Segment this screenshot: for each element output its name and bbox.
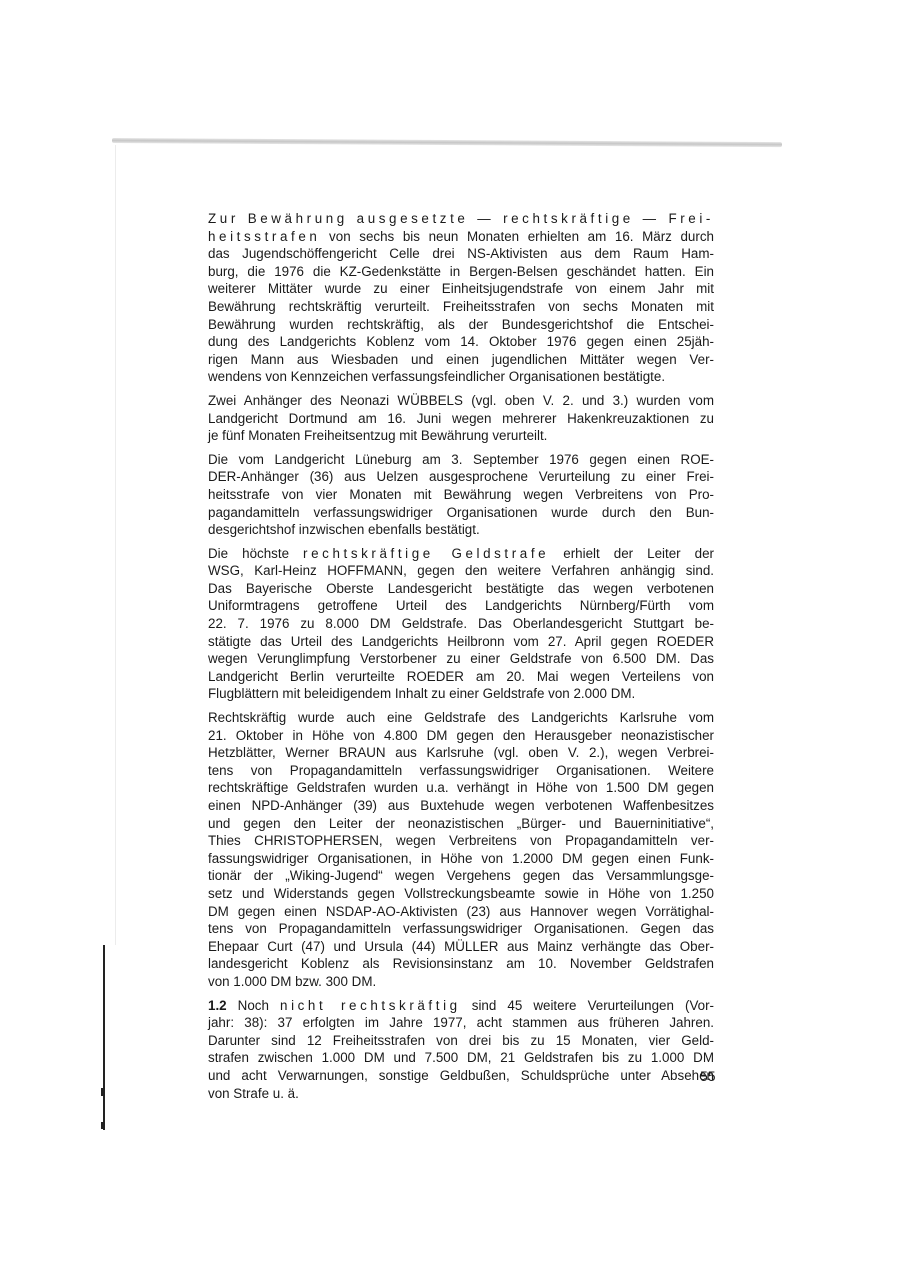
text-line: Hetzblätter, Werner BRAUN aus Karlsruhe …	[208, 744, 714, 762]
text-line: Die höchste rechtskräftige Geldstrafe er…	[208, 545, 714, 563]
text-run: jahr: 38): 37 erfolgten im Jahre 1977, a…	[208, 1015, 714, 1030]
text-run: weiterer Mittäter wurde zu einer Einheit…	[208, 281, 714, 296]
emphasized-spaced-text: nicht rechtskräftig	[280, 998, 461, 1013]
text-run: sind 45 weitere Verurteilungen (Vor-	[461, 998, 714, 1013]
text-line: von 1.000 DM bzw. 300 DM.	[208, 973, 714, 991]
text-line: weiterer Mittäter wurde zu einer Einheit…	[208, 280, 714, 298]
paragraph: Rechtskräftig wurde auch eine Geldstrafe…	[208, 709, 714, 991]
text-run: DER-Anhänger (36) aus Uelzen ausgesproch…	[208, 469, 714, 484]
text-line: fassungswidriger Organisationen, in Höhe…	[208, 850, 714, 868]
text-line: je fünf Monaten Freiheitsentzug mit Bewä…	[208, 427, 714, 445]
text-line: und gegen den Leiter der neonazistischen…	[208, 815, 714, 833]
text-line: setz und Widerstands gegen Vollstreckung…	[208, 885, 714, 903]
text-run: 21. Oktober in Höhe von 4.800 DM gegen d…	[208, 728, 714, 743]
text-run: Bewährung wurden rechtskräftig, als der …	[208, 317, 714, 332]
text-run: Flugblättern mit beleidigendem Inhalt zu…	[208, 686, 635, 701]
text-run: Ehepaar Curt (47) und Ursula (44) MÜLLER…	[208, 939, 714, 954]
text-run: 22. 7. 1976 zu 8.000 DM Geldstrafe. Das …	[208, 616, 714, 631]
page-number: 55	[700, 1068, 716, 1084]
text-run: Das Bayerische Oberste Landesgericht bes…	[208, 581, 714, 596]
text-run: einen NPD-Anhänger (39) aus Buxtehude we…	[208, 798, 714, 813]
text-run: strafen zwischen 1.000 DM und 7.500 DM, …	[208, 1050, 714, 1065]
text-run: dung des Landgerichts Koblenz vom 14. Ok…	[208, 334, 714, 349]
text-line: heitsstrafen von sechs bis neun Monaten …	[208, 228, 714, 246]
text-run: desgerichtshof inzwischen ebenfalls best…	[208, 522, 480, 537]
text-line: Uniformtragens getroffene Urteil des Lan…	[208, 597, 714, 615]
text-line: Das Bayerische Oberste Landesgericht bes…	[208, 580, 714, 598]
text-run: Thies CHRISTOPHERSEN, wegen Verbreitens …	[208, 833, 714, 848]
text-line: rigen Mann aus Wiesbaden und einen jugen…	[208, 351, 714, 369]
text-run: landesgericht Koblenz als Revisionsinsta…	[208, 956, 714, 971]
text-run: erhielt der Leiter der	[549, 546, 714, 561]
text-line: burg, die 1976 die KZ-Gedenkstätte in Be…	[208, 263, 714, 281]
text-run: Rechtskräftig wurde auch eine Geldstrafe…	[208, 710, 714, 725]
text-line: Rechtskräftig wurde auch eine Geldstrafe…	[208, 709, 714, 727]
text-run: von sechs bis neun Monaten erhielten am …	[320, 229, 714, 244]
text-line: rechtskräftige Geldstrafen wurden u.a. v…	[208, 779, 714, 797]
text-run: setz und Widerstands gegen Vollstreckung…	[208, 886, 714, 901]
scan-top-edge-shadow	[112, 138, 782, 147]
text-run: Die höchste	[208, 546, 303, 561]
text-run: stätigte das Urteil des Landgerichts Hei…	[208, 634, 714, 649]
text-line: Landgericht Dortmund am 16. Juni wegen m…	[208, 410, 714, 428]
text-line: DER-Anhänger (36) aus Uelzen ausgesproch…	[208, 468, 714, 486]
text-line: Ehepaar Curt (47) und Ursula (44) MÜLLER…	[208, 938, 714, 956]
text-run: tionär der „Wiking-Jugend“ wegen Vergehe…	[208, 868, 714, 883]
text-line: 22. 7. 1976 zu 8.000 DM Geldstrafe. Das …	[208, 615, 714, 633]
paragraph: Die höchste rechtskräftige Geldstrafe er…	[208, 545, 714, 703]
text-line: heitsstrafe von vier Monaten mit Bewähru…	[208, 486, 714, 504]
paragraph: 1.2 Noch nicht rechtskräftig sind 45 wei…	[208, 997, 714, 1103]
text-line: jahr: 38): 37 erfolgten im Jahre 1977, a…	[208, 1014, 714, 1032]
text-run: rigen Mann aus Wiesbaden und einen jugen…	[208, 352, 714, 367]
section-number: 1.2	[208, 998, 227, 1013]
text-run: Landgericht Dortmund am 16. Juni wegen m…	[208, 411, 714, 426]
scan-binding-mark-blot	[101, 1088, 105, 1096]
text-line: Darunter sind 12 Freiheitsstrafen von dr…	[208, 1032, 714, 1050]
text-line: und acht Verwarnungen, sonstige Geldbuße…	[208, 1067, 714, 1085]
text-run: burg, die 1976 die KZ-Gedenkstätte in Be…	[208, 264, 714, 279]
text-line: Landgericht Berlin verurteilte ROEDER am…	[208, 668, 714, 686]
text-line: dung des Landgerichts Koblenz vom 14. Ok…	[208, 333, 714, 351]
text-line: tionär der „Wiking-Jugend“ wegen Vergehe…	[208, 867, 714, 885]
text-run: Uniformtragens getroffene Urteil des Lan…	[208, 598, 714, 613]
text-line: wegen Verunglimpfung Verstorbener zu ein…	[208, 650, 714, 668]
text-run: DM gegen einen NSDAP-AO-Aktivisten (23) …	[208, 904, 714, 919]
text-run: je fünf Monaten Freiheitsentzug mit Bewä…	[208, 428, 547, 443]
text-run: tens von Propagandamitteln verfassungswi…	[208, 921, 714, 936]
text-run: Zwei Anhänger des Neonazi WÜBBELS (vgl. …	[208, 393, 714, 408]
text-line: Bewährung rechtskräftig verurteilt. Frei…	[208, 298, 714, 316]
paragraph: Zur Bewährung ausgesetzte — rechtskräfti…	[208, 210, 714, 386]
text-line: Die vom Landgericht Lüneburg am 3. Septe…	[208, 451, 714, 469]
text-line: 21. Oktober in Höhe von 4.800 DM gegen d…	[208, 727, 714, 745]
text-line: WSG, Karl-Heinz HOFFMANN, gegen den weit…	[208, 562, 714, 580]
text-line: Flugblättern mit beleidigendem Inhalt zu…	[208, 685, 714, 703]
text-line: pagandamitteln verfassungswidriger Organ…	[208, 504, 714, 522]
text-run: von 1.000 DM bzw. 300 DM.	[208, 974, 376, 989]
text-line: landesgericht Koblenz als Revisionsinsta…	[208, 955, 714, 973]
text-run: wendens von Kennzeichen verfassungsfeind…	[208, 369, 665, 384]
text-line: stätigte das Urteil des Landgerichts Hei…	[208, 633, 714, 651]
text-line: Zur Bewährung ausgesetzte — rechtskräfti…	[208, 210, 714, 228]
text-run: WSG, Karl-Heinz HOFFMANN, gegen den weit…	[208, 563, 714, 578]
text-run: Darunter sind 12 Freiheitsstrafen von dr…	[208, 1033, 714, 1048]
scan-left-edge	[115, 145, 116, 945]
text-run: und gegen den Leiter der neonazistischen…	[208, 816, 714, 831]
text-line: das Jugendschöffengericht Celle drei NS-…	[208, 245, 714, 263]
paragraph: Zwei Anhänger des Neonazi WÜBBELS (vgl. …	[208, 392, 714, 445]
text-line: strafen zwischen 1.000 DM und 7.500 DM, …	[208, 1049, 714, 1067]
text-run: Noch	[227, 998, 280, 1013]
text-line: tens von Propagandamitteln verfassungswi…	[208, 762, 714, 780]
text-run: von Strafe u. ä.	[208, 1086, 299, 1101]
text-line: DM gegen einen NSDAP-AO-Aktivisten (23) …	[208, 903, 714, 921]
text-line: tens von Propagandamitteln verfassungswi…	[208, 920, 714, 938]
text-run: Hetzblätter, Werner BRAUN aus Karlsruhe …	[208, 745, 714, 760]
text-line: wendens von Kennzeichen verfassungsfeind…	[208, 368, 714, 386]
text-run: wegen Verunglimpfung Verstorbener zu ein…	[208, 651, 714, 666]
emphasized-spaced-text: heitsstrafen	[208, 229, 320, 244]
text-run: das Jugendschöffengericht Celle drei NS-…	[208, 246, 714, 261]
text-line: Thies CHRISTOPHERSEN, wegen Verbreitens …	[208, 832, 714, 850]
text-line: desgerichtshof inzwischen ebenfalls best…	[208, 521, 714, 539]
text-run: Landgericht Berlin verurteilte ROEDER am…	[208, 669, 714, 684]
text-run: tens von Propagandamitteln verfassungswi…	[208, 763, 714, 778]
text-line: Bewährung wurden rechtskräftig, als der …	[208, 316, 714, 334]
text-line: von Strafe u. ä.	[208, 1085, 714, 1103]
text-run: fassungswidriger Organisationen, in Höhe…	[208, 851, 714, 866]
text-column: Zur Bewährung ausgesetzte — rechtskräfti…	[208, 210, 714, 1108]
text-line: einen NPD-Anhänger (39) aus Buxtehude we…	[208, 797, 714, 815]
text-run: heitsstrafe von vier Monaten mit Bewähru…	[208, 487, 714, 502]
paragraph: Die vom Landgericht Lüneburg am 3. Septe…	[208, 451, 714, 539]
text-run: Die vom Landgericht Lüneburg am 3. Septe…	[208, 452, 714, 467]
text-run: Bewährung rechtskräftig verurteilt. Frei…	[208, 299, 714, 314]
scan-binding-mark-blot	[101, 1122, 105, 1129]
text-run: und acht Verwarnungen, sonstige Geldbuße…	[208, 1068, 714, 1083]
text-line: Zwei Anhänger des Neonazi WÜBBELS (vgl. …	[208, 392, 714, 410]
text-run: rechtskräftige Geldstrafen wurden u.a. v…	[208, 780, 714, 795]
scan-binding-mark	[103, 945, 105, 1130]
text-line: 1.2 Noch nicht rechtskräftig sind 45 wei…	[208, 997, 714, 1015]
emphasized-spaced-text: Zur Bewährung ausgesetzte — rechtskräfti…	[208, 211, 714, 226]
text-run: pagandamitteln verfassungswidriger Organ…	[208, 505, 714, 520]
emphasized-spaced-text: rechtskräftige Geldstrafe	[303, 546, 549, 561]
